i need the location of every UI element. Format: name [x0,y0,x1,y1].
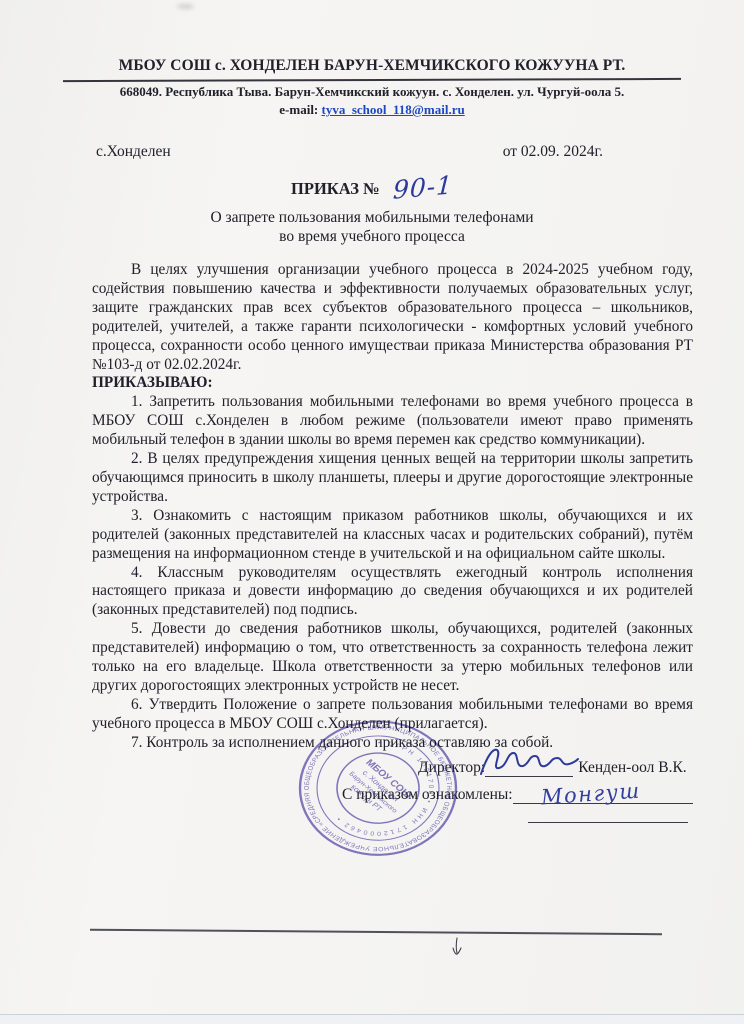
scan-smudge [177,4,194,9]
subject-line-1: О запрете пользования мобильными телефон… [0,208,744,227]
decree-label: ПРИКАЗЫВАЮ: [92,374,693,393]
order-label: ПРИКАЗ № [291,179,380,198]
director-signature-line [485,757,573,777]
date-label: от 02.09. 2024г. [503,143,603,161]
acknowledged-signature-row: С приказом ознакомлены: Монгуш [342,784,693,804]
director-signature-scribble [477,744,581,780]
decree-item-1: 1. Запретить пользования мобильными теле… [92,393,693,450]
decree-item-3: 3. Ознакомить с настоящим приказом работ… [92,507,693,564]
decree-item-2: 2. В целях предупреждения хищения ценных… [92,450,693,507]
subject-line-2: во время учебного процесса [0,227,744,246]
order-body: В целях улучшения организации учебного п… [92,261,693,753]
decree-item-5: 5. Довести до сведения работников школы,… [92,620,693,696]
school-address: 668049. Республика Тыва. Барун-Хемчикски… [0,84,744,100]
header-divider-line [63,78,681,82]
intro-paragraph: В целях улучшения организации учебного п… [92,261,693,374]
order-title: ПРИКАЗ № 90-1 [0,171,744,203]
bottom-horizontal-line [90,929,662,935]
pen-mark-artifact [449,936,465,960]
acknowledged-label: С приказом ознакомлены: [342,786,513,804]
order-number-handwritten: 90-1 [392,170,453,204]
order-subject: О запрете пользования мобильными телефон… [0,208,744,246]
decree-item-4: 4. Классным руководителям осуществлять е… [92,564,693,621]
school-name-heading: МБОУ СОШ с. ХОНДЕЛЕН БАРУН-ХЕМЧИКСКОГО К… [0,0,744,75]
scanned-order-document: МБОУ СОШ с. ХОНДЕЛЕН БАРУН-ХЕМЧИКСКОГО К… [0,0,744,1024]
email-label: e-mail: [279,102,318,117]
blank-signature-line [528,804,688,823]
director-name: Кенден-оол В.К. [578,759,686,777]
email-line: e-mail: tyva_school_118@mail.ru [0,102,744,118]
meta-row: с.Хонделен от 02.09. 2024г. [0,143,744,161]
director-signature-row: Директор: Кенден-оол В.К. [418,757,687,777]
scan-edge-bottom [0,1014,744,1024]
acknowledged-signature-line: Монгуш [513,784,693,804]
place-label: с.Хонделен [96,143,171,161]
email-link[interactable]: tyva_school_118@mail.ru [322,102,465,117]
director-label: Директор: [418,759,485,777]
